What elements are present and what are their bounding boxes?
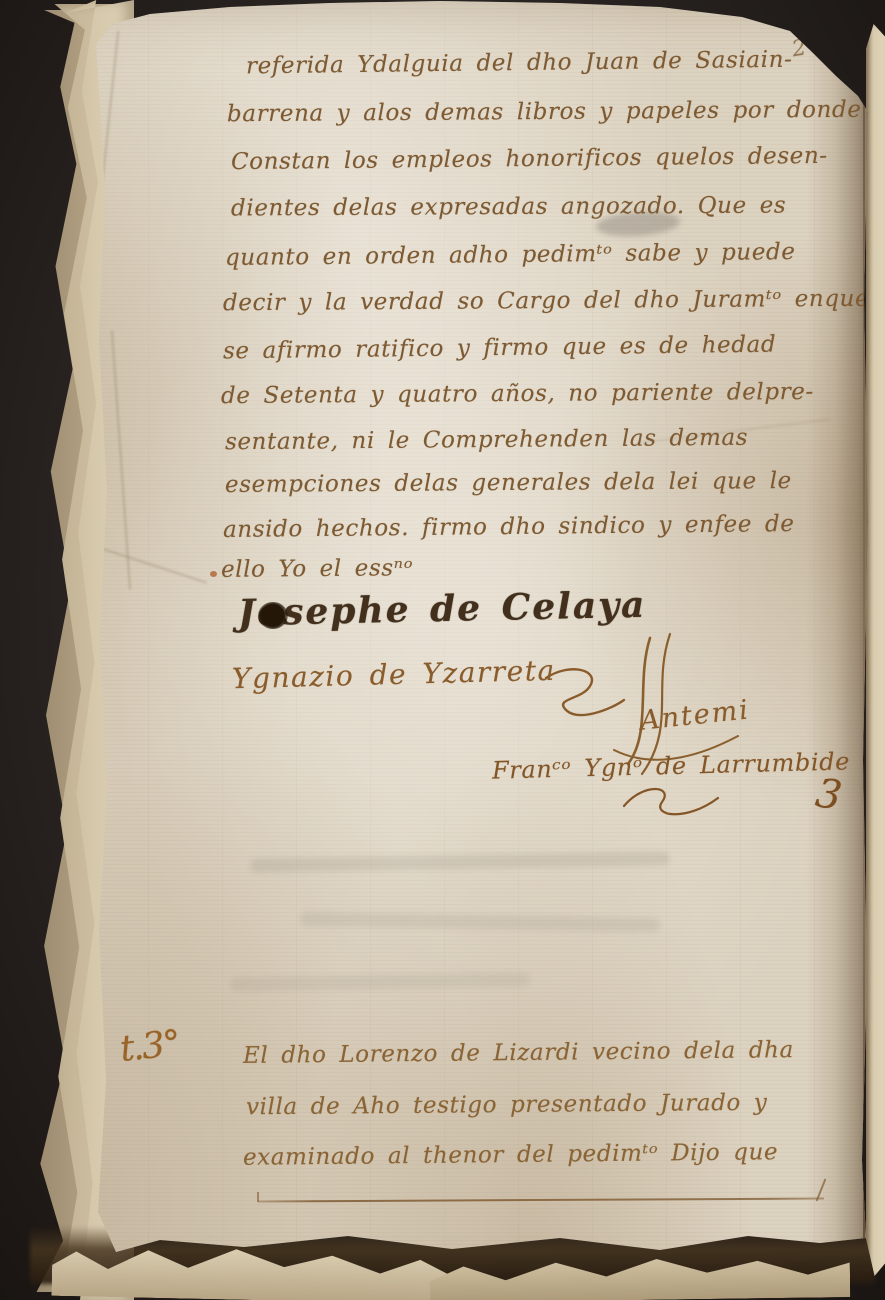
ink-showthrough — [300, 912, 660, 932]
next-folio-sliver — [866, 24, 885, 1276]
torn-edge-highlight — [0, 1189, 36, 1230]
gutter-crease-line — [863, 100, 865, 1240]
body-line: quanto en orden adho pedimᵗᵒ sabe y pued… — [225, 239, 796, 271]
witness-margin-mark: t.3° — [118, 1023, 181, 1070]
body-line: decir y la verdad so Cargo del dho Juram… — [223, 286, 869, 317]
body-line: se afirmo ratifico y firmo que es de hed… — [223, 332, 777, 365]
manuscript-page: 27 referida Ydalguia del dho Juan de Sas… — [0, 0, 885, 1300]
body-line: de Setenta y quatro años, no pariente de… — [221, 379, 814, 409]
body-line: referida Ydalguia del dho Juan de Sasiai… — [246, 47, 793, 80]
body-line: sentante, ni le Comprehenden las demas — [225, 425, 748, 456]
ink-dot — [210, 571, 217, 577]
body-line: ansido hechos. firmo dho sindico y enfee… — [223, 511, 795, 543]
closing-rule-tick — [257, 1192, 259, 1202]
closing-rule-line — [258, 1198, 824, 1203]
body-line: Constan los empleos honorificos quelos d… — [231, 143, 828, 175]
body-line: ello Yo el essⁿᵒ — [221, 555, 413, 583]
ink-showthrough — [250, 851, 670, 872]
torn-edge-highlight — [0, 190, 26, 220]
witness-line: examinado al thenor del pedimᵗᵒ Dijo que — [243, 1139, 778, 1171]
rubric-flourish-larrumbide — [616, 780, 726, 826]
folio-number: 27 — [790, 31, 837, 63]
ink-blot — [258, 602, 288, 629]
signature-ygnazio-de-yzarreta: Ygnazio de Yzarreta — [232, 654, 556, 695]
body-line: dientes delas expresadas angozado. Que e… — [231, 193, 786, 222]
ink-showthrough — [230, 972, 530, 991]
witness-line: villa de Aho testigo presentado Jurado y — [246, 1090, 768, 1121]
manuscript-photo: 27 referida Ydalguia del dho Juan de Sas… — [0, 0, 885, 1300]
body-line: esempciones delas generales dela lei que… — [225, 468, 792, 498]
body-line: barrena y alos demas libros y papeles po… — [227, 97, 862, 127]
gutter-shadow — [806, 0, 870, 1300]
signature-josephe-de-celaya: Josephe de Celaya — [238, 584, 647, 635]
witness-line: El dho Lorenzo de Lizardi vecino dela dh… — [243, 1037, 794, 1069]
